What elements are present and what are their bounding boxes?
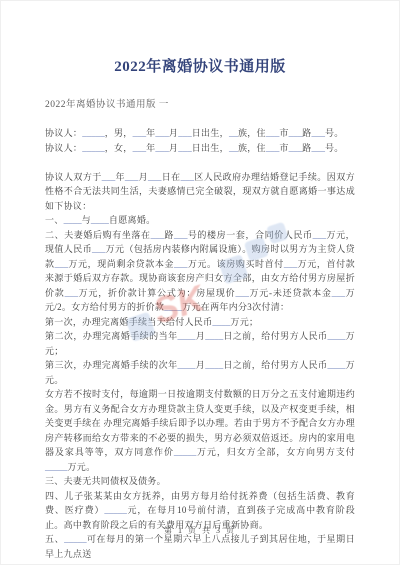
paragraph: 协议人双方于___年___月___日在___区人民政府办理结婚登记手续。因双方性… [45, 170, 355, 214]
paragraph: 第二次，办理完离婚手续的当年____月____日之前，给付男方人民币____万元… [45, 329, 355, 358]
paragraph: 协议人：_____，男，___年___月___日出生，__族，住___市___路… [45, 126, 355, 141]
document-title: 2022年离婚协议书通用版 [45, 55, 355, 76]
paragraph: 三、夫妻无共同债权及债务。 [45, 474, 355, 489]
document-page: 2022年离婚协议书通用版 2022年离婚协议书通用版 一 协议人：_____，… [0, 0, 400, 565]
paragraph: 第一次，办理完离婚手续当天给付人民币____万元； [45, 315, 355, 330]
paragraph: 五、_____可在每月的第一个星期六早上八点接儿子到其居住地，于星期日早上九点送 [45, 532, 355, 561]
paragraph: 协议人：_____，女，___年___月___日出生，__族，住___市___路… [45, 141, 355, 156]
document-body: 协议人：_____，男，___年___月___日出生，__族，住___市___路… [45, 126, 355, 561]
page-number-footer: 第 1 页 共 3 页 [1, 525, 399, 536]
paragraph: 女方若不按时支付，每逾期一日按逾期支付数额的日万分之五支付逾期违约金。男方有义务… [45, 387, 355, 474]
paragraph: 一、____与____自愿离婚。 [45, 213, 355, 228]
document-subtitle: 2022年离婚协议书通用版 一 [45, 96, 355, 110]
paragraph: 第三次，办理完离婚手续的次年____月____日之前，给付男方人民币____万元… [45, 358, 355, 387]
paragraph: 二、夫妻婚后购有坐落在___路___号的楼房一套，合同价人民币___万元，现值人… [45, 228, 355, 315]
